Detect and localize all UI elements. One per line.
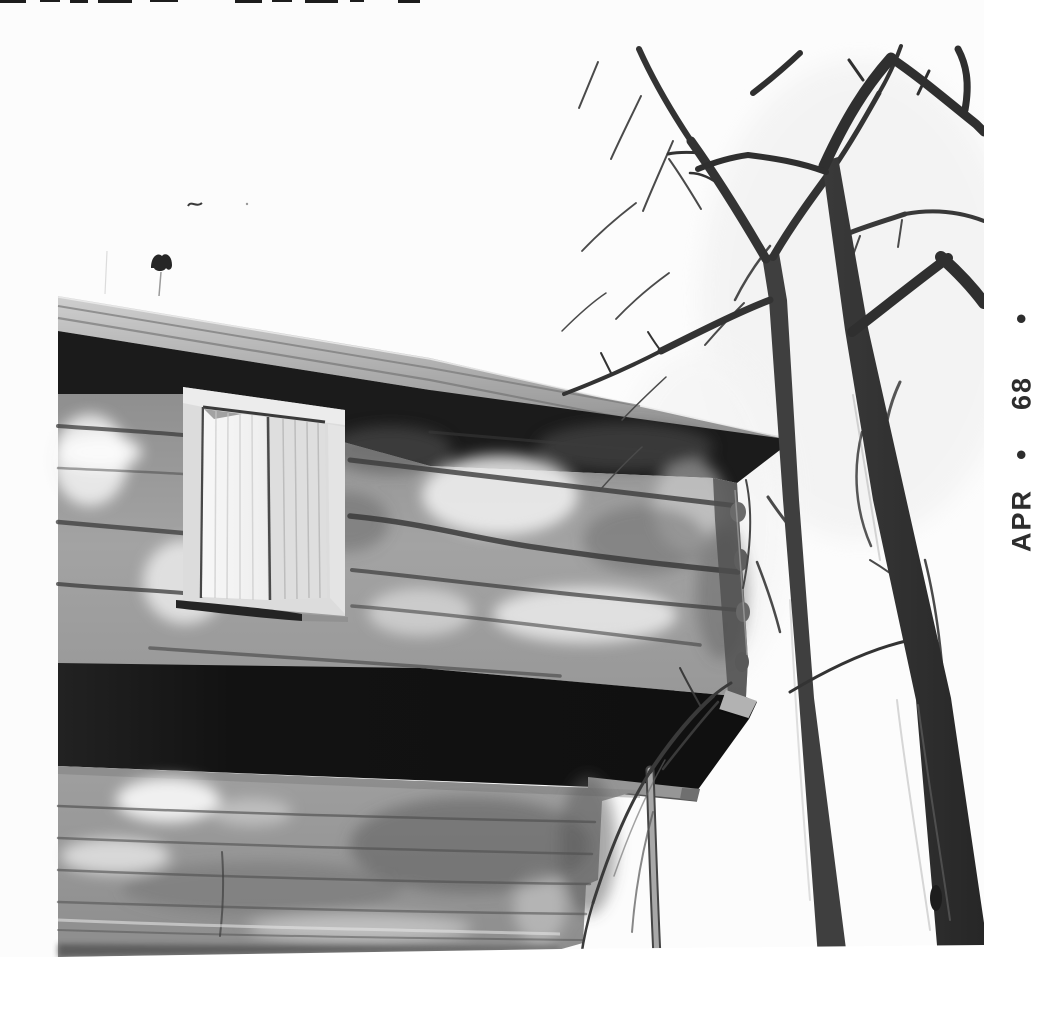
stamp-bullet-icon: • [1005,311,1039,324]
stamp-year-label: 68 [1007,376,1038,410]
photo-scan: APR • 68 • [0,0,1041,1026]
stamp-month-label: APR [1007,489,1038,552]
date-stamp: APR • 68 • [1000,300,1041,560]
stamp-bullet-icon: • [1005,447,1039,460]
lower-log-wall [58,766,640,957]
window-shutter [202,409,327,600]
window [176,387,348,622]
photograph [0,0,984,957]
upper-log-wall [52,394,750,697]
